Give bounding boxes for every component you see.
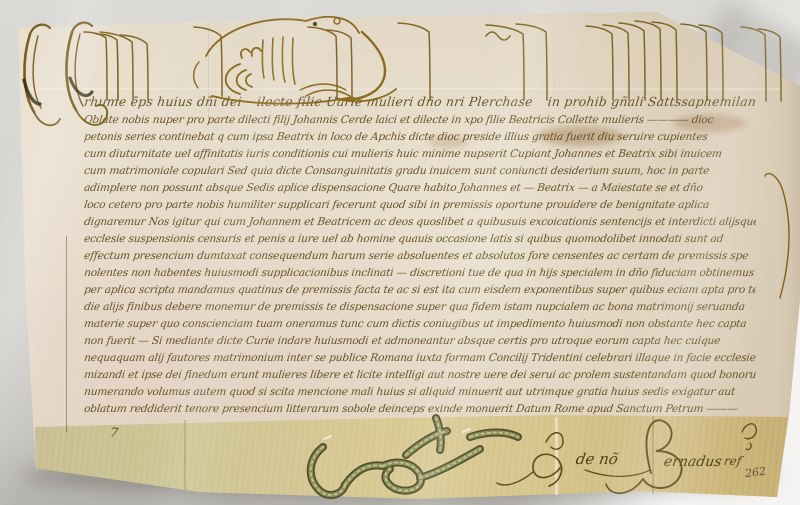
charter-photograph: rhume ēps huius dñi dei ilecte filie Uar… bbox=[0, 0, 800, 505]
body-text-line: mizandi et ipse dei finedum erunt mulier… bbox=[83, 367, 757, 384]
body-text-line: dignaremur Nos igitur qui cum Johannem e… bbox=[83, 214, 757, 231]
body-text-line: loco cetero pro parte nobis humiliter su… bbox=[83, 197, 757, 214]
plica-crease bbox=[652, 416, 654, 494]
body-text-line: petonis series continebat q cum ipsa Bea… bbox=[83, 129, 757, 146]
body-text-line: nequaquam alij fautores matrimonium inte… bbox=[83, 350, 757, 367]
body-text-line: effectum presencium dumtaxat consequendu… bbox=[83, 248, 757, 265]
plica-crease bbox=[184, 420, 186, 490]
notary-signature-prefix: de nõ bbox=[574, 450, 619, 468]
body-text-line: materie super quo conscienciam tuam oner… bbox=[83, 316, 757, 333]
body-text-line: non fuerit — Si mediante dicte Curie ind… bbox=[83, 333, 757, 350]
body-text-line: adimplere non possunt absque Sedis aplic… bbox=[83, 180, 757, 197]
notary-signature-suffix: ref bbox=[723, 454, 743, 468]
body-text-line: cum diuturnitate uel affinitatis iuris c… bbox=[83, 146, 757, 163]
plica-crease bbox=[555, 417, 558, 495]
manuscript-text-block: rhume ēps huius dñi dei ilecte filie Uar… bbox=[84, 94, 756, 418]
fold-crease bbox=[22, 88, 780, 90]
body-text-line: die alijs finibus debere monemur de prem… bbox=[83, 299, 757, 316]
opening-line: rhume ēps huius dñi dei ilecte filie Uar… bbox=[83, 94, 757, 112]
body-text-line: oblatum reddiderit tenore presencium lit… bbox=[83, 401, 757, 418]
margin-ruling-line bbox=[66, 236, 67, 432]
body-text-line: cum matrimoniale copulari Sed quia dicte… bbox=[83, 163, 757, 180]
body-text-line: nolentes non habentes huiusmodi supplica… bbox=[83, 265, 757, 282]
notary-signature-name: ernadus bbox=[663, 454, 723, 470]
opening-segment: rhume ēps huius dñi dei bbox=[83, 94, 243, 112]
opening-segment: in prohib gñali Sattssaphemilan bbox=[547, 94, 758, 112]
body-text-line: per aplica scripta mandamus quatinus de … bbox=[83, 282, 757, 299]
body-text-line: Oblate nobis nuper pro parte dilecti fil… bbox=[83, 112, 757, 129]
body-text-line: ecclesie suspensionis censuris et penis … bbox=[83, 231, 757, 248]
opening-segment: ilecte filie Uarie mulieri dño nri Plerc… bbox=[256, 94, 534, 112]
registry-number: 262 bbox=[744, 465, 766, 480]
body-text-line: numerando volumus autem quod si scita me… bbox=[83, 384, 757, 401]
